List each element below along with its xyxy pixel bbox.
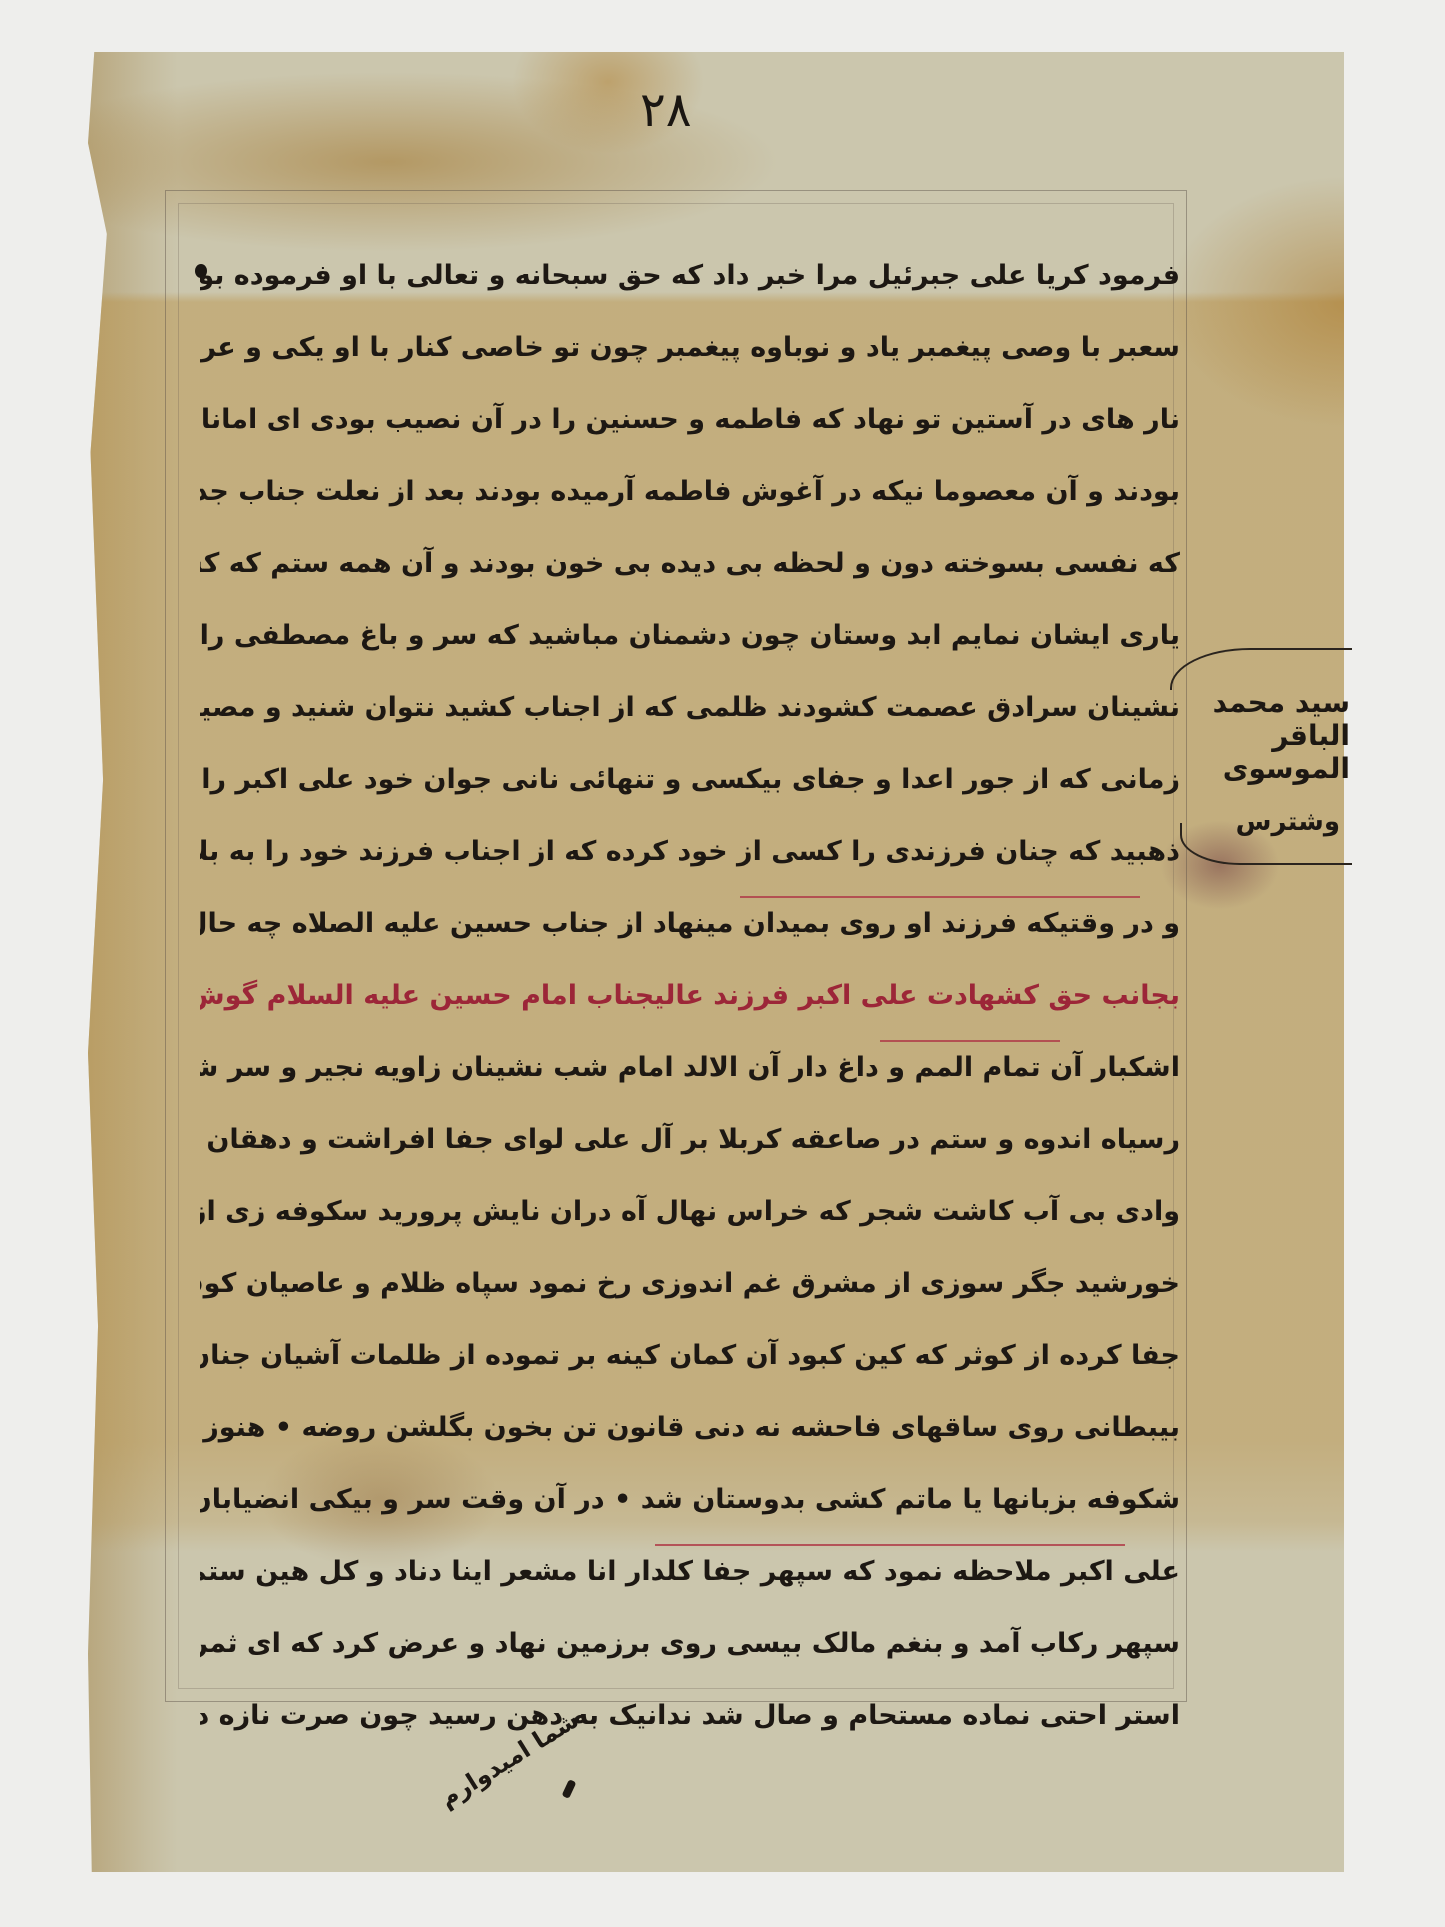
text-line: زمانی که از جور اعدا و جفای بیکسی و تنها… bbox=[200, 744, 1180, 816]
text-line: وادی بی آب کاشت شجر که خراس نهال آه دران… bbox=[200, 1176, 1180, 1248]
annotation-bracket-top bbox=[1170, 648, 1352, 690]
scan-background: ۲۸ فرمود کریا علی جبرئیل مرا خبر داد که … bbox=[0, 0, 1445, 1927]
text-line: بجانب حق کشهادت علی اکبر فرزند عالیجناب … bbox=[200, 960, 1180, 1032]
text-line: سپهر رکاب آمد و بنغم مالک بیسی روی برزمی… bbox=[200, 1608, 1180, 1680]
annotation-bracket-bottom bbox=[1180, 823, 1352, 865]
text-line: که نفسی بسوخته دون و لحظه بی دیده بی خون… bbox=[200, 528, 1180, 600]
text-line: نار های در آستین تو نهاد که فاطمه و حسنی… bbox=[200, 384, 1180, 456]
text-line: استر احتی نماده مستحام و صال شد ندانیک ب… bbox=[200, 1680, 1180, 1752]
text-line: شکوفه بزبانها یا ماتم کشی بدوستان شد • د… bbox=[200, 1464, 1180, 1536]
rubric-overline bbox=[880, 1040, 1060, 1042]
text-line: نشینان سرادق عصمت کشودند ظلمی که از اجنا… bbox=[200, 672, 1180, 744]
annotation-line-1: سید محمد الباقر الموسوی bbox=[1150, 686, 1350, 785]
text-line: جفا کرده از کوثر که کین کبود آن کمان کین… bbox=[200, 1320, 1180, 1392]
text-line: رسیاه اندوه و ستم در صاعقه کربلا بر آل ع… bbox=[200, 1104, 1180, 1176]
text-line: بیبطانی روی ساقهای فاحشه نه دنی قانون تن… bbox=[200, 1392, 1180, 1464]
text-line: ذهبید که چنان فرزندی را کسی از خود کرده … bbox=[200, 816, 1180, 888]
text-line: اشکبار آن تمام المم و داغ دار آن الالد ا… bbox=[200, 1032, 1180, 1104]
text-line: سعبر با وصی پیغمبر یاد و نوباوه پیغمبر چ… bbox=[200, 312, 1180, 384]
main-text-block: فرمود کریا علی جبرئیل مرا خبر داد که حق … bbox=[200, 240, 1180, 1752]
text-line: بودند و آن معصوما نیکه در آغوش فاطمه آرم… bbox=[200, 456, 1180, 528]
page-number: ۲۸ bbox=[640, 82, 692, 138]
rubric-overline bbox=[655, 1544, 1125, 1546]
rubric-overline bbox=[740, 896, 1140, 898]
text-line: و در وقتیکه فرزند او روی بمیدان مینهاد ا… bbox=[200, 888, 1180, 960]
text-line: خورشید جگر سوزی از مشرق غم اندوزی رخ نمو… bbox=[200, 1248, 1180, 1320]
text-line: فرمود کریا علی جبرئیل مرا خبر داد که حق … bbox=[200, 240, 1180, 312]
margin-annotation: سید محمد الباقر الموسوی وشترس bbox=[1150, 648, 1350, 837]
text-line: علی اکبر ملاحظه نمود که سپهر جفا کلدار ا… bbox=[200, 1536, 1180, 1608]
text-line: یاری ایشان نمایم ابد وستان چون دشمنان مب… bbox=[200, 600, 1180, 672]
